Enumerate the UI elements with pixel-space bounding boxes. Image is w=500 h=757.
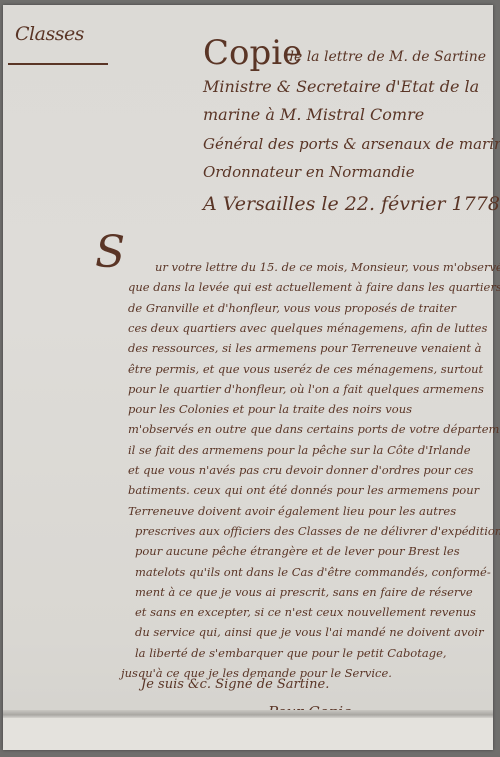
- classification-underline: [8, 63, 108, 65]
- body-line: il se fait des armemens pour la pêche su…: [128, 443, 471, 457]
- manuscript-sheet: Classes Copie de la lettre de M. de Sart…: [3, 5, 493, 750]
- body-line: de Granville et d'honfleur, vous vous pr…: [128, 301, 456, 315]
- body-line: pour les Colonies et pour la traite des …: [128, 402, 412, 416]
- body-line: ces deux quartiers avec quelques ménagem…: [128, 321, 487, 335]
- body-line: et sans en excepter, si ce n'est ceux no…: [135, 605, 476, 619]
- body-line: m'observés en outre que dans certains po…: [128, 422, 500, 436]
- body-line: des ressources, si les armemens pour Ter…: [128, 341, 482, 355]
- classification-label: Classes: [15, 23, 84, 45]
- header-line-5: Ordonnateur en Normandie: [203, 163, 415, 181]
- body-line: pour le quartier d'honfleur, où l'on a f…: [128, 382, 484, 396]
- body-line: Terreneuve doivent avoir également lieu …: [128, 504, 456, 518]
- body-line: batiments. ceux qui ont été donnés pour …: [128, 483, 479, 497]
- header-line-4: Général des ports & arsenaux de marine: [203, 135, 500, 153]
- body-line: la liberté de s'embarquer que pour le pe…: [135, 646, 447, 660]
- header-line-3: marine à M. Mistral Comre: [203, 105, 424, 124]
- closing-signature: Je suis &c. Signé de Sartine.: [141, 677, 329, 692]
- paper-fold: [3, 710, 493, 718]
- header-line-2: Ministre & Secretaire d'Etat de la: [203, 77, 479, 96]
- body-line: pour aucune pêche étrangère et de lever …: [135, 544, 460, 558]
- body-line: du service qui, ainsi que je vous l'ai m…: [135, 625, 484, 639]
- body-line: matelots qu'ils ont dans le Cas d'être c…: [135, 565, 491, 579]
- body-line: être permis, et que vous useréz de ces m…: [128, 362, 483, 376]
- header-line-1: de la lettre de M. de Sartine: [285, 49, 486, 65]
- body-line: que dans la levée qui est actuellement à…: [128, 280, 500, 294]
- body-line: et que vous n'avés pas cru devoir donner…: [128, 463, 473, 477]
- body-line: prescrives aux officiers des Classes de …: [135, 524, 500, 538]
- body-drop-cap: S: [95, 227, 125, 278]
- dateline: A Versailles le 22. février 1778.: [203, 193, 500, 215]
- body-line: ur votre lettre du 15. de ce mois, Monsi…: [155, 260, 500, 274]
- body-line: ment à ce que je vous ai prescrit, sans …: [135, 585, 473, 599]
- paper-lower-flap: [3, 718, 493, 750]
